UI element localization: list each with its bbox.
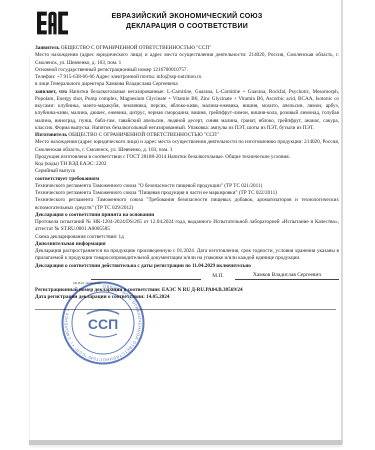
additional-info-heading: Дополнительная информация: [35, 241, 339, 248]
requirement-item: Технического регламента Таможенного союз…: [35, 183, 339, 190]
manufacturer-label: Изготовитель: [35, 132, 67, 138]
tnved-code: Код (коды) ТН ВЭД ЕАЭС: 2202: [35, 161, 339, 168]
applicant-address: Место нахождения (адрес юридического лиц…: [35, 52, 339, 67]
page-edge-right: [341, 0, 343, 444]
page-shadow-bottom: [29, 440, 342, 445]
stamp-swoosh: [87, 310, 119, 314]
requirement-item: Технического регламента Таможенного союз…: [35, 197, 339, 212]
seal-placeholder-label: М.П.: [201, 273, 235, 280]
document-title: ДЕКЛАРАЦИЯ О СООТВЕТСТВИИ: [35, 23, 339, 30]
stamp-underline: [89, 334, 117, 337]
applicant-name: ОБЩЕСТВО С ОГРАНИЧЕННОЙ ОТВЕТСТВЕННОСТЬЮ…: [61, 45, 211, 51]
product-paragraph: заявляет, что Напитки безалкогольные нег…: [35, 89, 339, 133]
signature-row: М.П. Хамков Владислав Сергеевич: [35, 270, 339, 280]
manufacturer-address: Место нахождения (адрес юридического лиц…: [35, 139, 339, 154]
union-title: ЕВРАЗИЙСКИЙ ЭКОНОМИЧЕСКИЙ СОЮЗ: [35, 13, 339, 20]
company-stamp: ОБЩЕСТВО С ОГРАНИЧЕННОЙ ОТВЕТСТВЕННОСТЬЮ…: [60, 280, 146, 366]
basis-heading: Декларация о соответствии принята на осн…: [35, 212, 339, 219]
declaration-document: ЕВРАЗИЙСКИЙ ЭКОНОМИЧЕСКИЙ СОЮЗ ДЕКЛАРАЦИ…: [0, 0, 375, 450]
additional-info-text: Декларация распространяется на продукцию…: [35, 248, 339, 263]
test-protocol: Протокола испытаний № НК-1204-2024/DS/26…: [35, 219, 339, 234]
applicant-contacts: Телефон: +7 915-638-66-66 Адрес электрон…: [35, 74, 339, 81]
product-description: Напитки безалкогольные негазированные: L…: [35, 89, 339, 131]
signatory-name: Хамков Владислав Сергеевич: [235, 272, 339, 280]
declaration-scheme: Схема декларирования соответствия: 1д: [35, 234, 339, 241]
applicant-label: Заявитель: [35, 45, 59, 51]
signature-blank-line: [91, 270, 201, 280]
declares-label: заявляет, что: [35, 89, 67, 95]
manufacturer-gost: Продукция изготовлена в соответствии с Г…: [35, 154, 339, 161]
manufacturer-name: ОБЩЕСТВО С ОГРАНИЧЕННОЙ ОТВЕТСТВЕННОСТЬЮ…: [68, 132, 218, 138]
applicant-representative: в лице Генерального директора Хамкова Вл…: [35, 81, 339, 88]
validity-line: Декларация о соответствии действительна …: [35, 263, 339, 270]
serial-release: Серийный выпуск: [35, 168, 339, 175]
stamp-center-text: ССП: [88, 316, 118, 332]
requirements-heading: соответствует требованиям: [35, 176, 339, 183]
page-edge-left: [29, 55, 30, 440]
applicant-ogrn: Основной государственный регистрационный…: [35, 67, 339, 74]
document-body: Заявитель ОБЩЕСТВО С ОГРАНИЧЕННОЙ ОТВЕТС…: [35, 45, 339, 310]
